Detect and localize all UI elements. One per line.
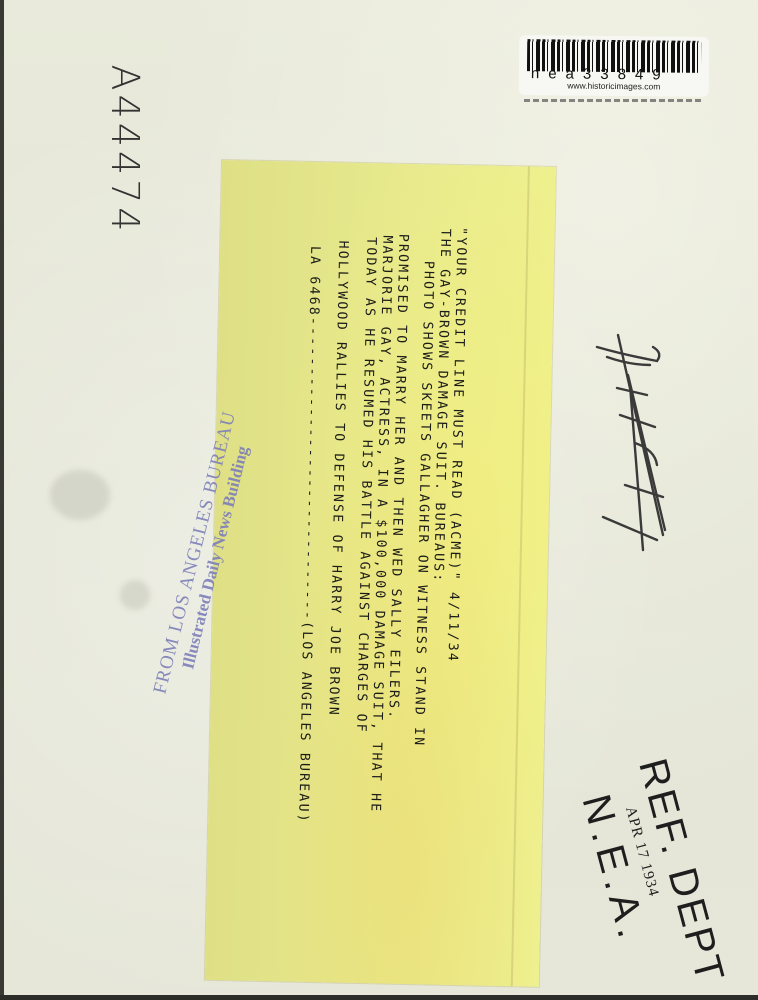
smudge bbox=[120, 580, 150, 610]
barcode-url: www.historicimages.com bbox=[519, 80, 709, 92]
typed-caption: LA 6468------------------------------(LO… bbox=[205, 160, 556, 987]
smudge bbox=[50, 470, 110, 520]
caption-line: LA 6468------------------------------(LO… bbox=[295, 246, 322, 824]
scan-edge-left bbox=[0, 0, 4, 1000]
tape-residue-strip bbox=[524, 99, 704, 102]
handwritten-archive-id: A44474 bbox=[103, 65, 147, 236]
caption-line: HOLLYWOOD RALLIES TO DEFENSE OF HARRY JO… bbox=[325, 240, 350, 717]
caption-slip: LA 6468------------------------------(LO… bbox=[205, 160, 556, 987]
barcode-label: nea33849 www.historicimages.com bbox=[519, 35, 710, 97]
crossed-out-scribble-icon bbox=[585, 325, 675, 555]
